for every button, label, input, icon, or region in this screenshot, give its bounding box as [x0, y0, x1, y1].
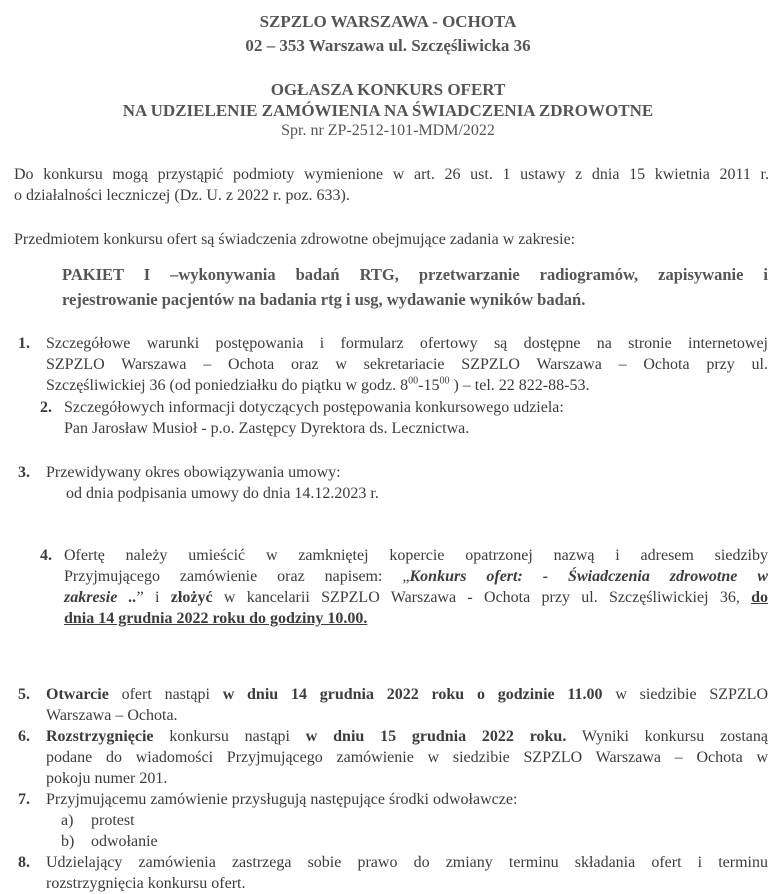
- item-1: Szczegółowe warunki postępowania i formu…: [46, 333, 768, 396]
- item-6-line-1: Rozstrzygnięcie konkursu nastąpi w dniu …: [46, 726, 768, 747]
- item-1-line-1: Szczegółowe warunki postępowania i formu…: [46, 333, 768, 354]
- item-3: Przewidywany okres obowiązywania umowy: …: [46, 462, 379, 504]
- item-5-line-1: Otwarcie ofert nastąpi w dniu 14 grudnia…: [46, 684, 768, 705]
- item-1-line-2: SZPZLO Warszawa – Ochota oraz w sekretar…: [46, 354, 768, 375]
- item-6-line-2: podane do wiadomości Przyjmującego zamów…: [46, 747, 768, 768]
- item-number-7: 7.: [18, 789, 30, 810]
- item-number-6: 6.: [18, 726, 30, 747]
- item-8-line-2: rozstrzygnięcia konkursu ofert.: [46, 873, 768, 894]
- announcement-title: OGŁASZA KONKURS OFERT: [0, 80, 776, 100]
- eligibility-line-1: Do konkursu mogą przystąpić podmioty wym…: [14, 164, 769, 185]
- item-2: Szczegółowych informacji dotyczących pos…: [64, 397, 564, 439]
- organization-name: SZPZLO WARSZAWA - OCHOTA: [0, 12, 776, 32]
- item-6: Rozstrzygnięcie konkursu nastąpi w dniu …: [46, 726, 768, 789]
- item-4-line-1: Ofertę należy umieścić w zamkniętej kope…: [64, 545, 768, 566]
- item-4-line-4: dnia 14 grudnia 2022 roku do godziny 10.…: [64, 608, 768, 629]
- item-7-sub-b: b)odwołanie: [46, 831, 517, 852]
- item-7: Przyjmującemu zamówienie przysługują nas…: [46, 789, 517, 852]
- item-number-3: 3.: [18, 462, 30, 483]
- item-7-line-1: Przyjmującemu zamówienie przysługują nas…: [46, 789, 517, 810]
- item-number-8: 8.: [18, 852, 30, 873]
- item-4-line-3: zakresie ..” i złożyć w kancelarii SZPZL…: [64, 587, 768, 608]
- item-number-2: 2.: [40, 397, 52, 418]
- item-6-line-3: pokoju numer 201.: [46, 768, 768, 789]
- item-4-line-2: Przyjmującego zamówienie oraz napisem: „…: [64, 566, 768, 587]
- item-5: Otwarcie ofert nastąpi w dniu 14 grudnia…: [46, 684, 768, 726]
- item-number-5: 5.: [18, 684, 30, 705]
- item-3-line-1: Przewidywany okres obowiązywania umowy:: [46, 462, 379, 483]
- package-line-2: rejestrowanie pacjentów na badania rtg i…: [62, 287, 768, 312]
- announcement-subtitle: NA UDZIELENIE ZAMÓWIENIA NA ŚWIADCZENIA …: [0, 101, 776, 121]
- item-7-sub-a: a)protest: [46, 810, 517, 831]
- item-3-line-2: od dnia podpisania umowy do dnia 14.12.2…: [46, 483, 379, 504]
- item-number-4: 4.: [40, 545, 52, 566]
- item-1-line-3: Szczęśliwickiej 36 (od poniedziałku do p…: [46, 375, 768, 396]
- eligibility-paragraph: Do konkursu mogą przystąpić podmioty wym…: [14, 164, 769, 206]
- item-2-line-2: Pan Jarosław Musioł - p.o. Zastępcy Dyre…: [64, 418, 564, 439]
- item-8: Udzielający zamówienia zastrzega sobie p…: [46, 852, 768, 894]
- subject-paragraph: Przedmiotem konkursu ofert są świadczeni…: [14, 229, 575, 250]
- item-4: Ofertę należy umieścić w zamkniętej kope…: [64, 545, 768, 629]
- eligibility-line-2: o działalności leczniczej (Dz. U. z 2022…: [14, 185, 769, 206]
- package-line-1: PAKIET I –wykonywania badań RTG, przetwa…: [62, 262, 768, 287]
- case-number: Spr. nr ZP-2512-101-MDM/2022: [0, 122, 776, 140]
- organization-address: 02 – 353 Warszawa ul. Szczęśliwicka 36: [0, 36, 776, 56]
- package-description: PAKIET I –wykonywania badań RTG, przetwa…: [62, 262, 768, 312]
- item-number-1: 1.: [18, 333, 30, 354]
- item-5-line-2: Warszawa – Ochota.: [46, 705, 768, 726]
- deadline: dnia 14 grudnia 2022 roku do godziny 10.…: [64, 610, 367, 627]
- item-2-line-1: Szczegółowych informacji dotyczących pos…: [64, 397, 564, 418]
- item-8-line-1: Udzielający zamówienia zastrzega sobie p…: [46, 852, 768, 873]
